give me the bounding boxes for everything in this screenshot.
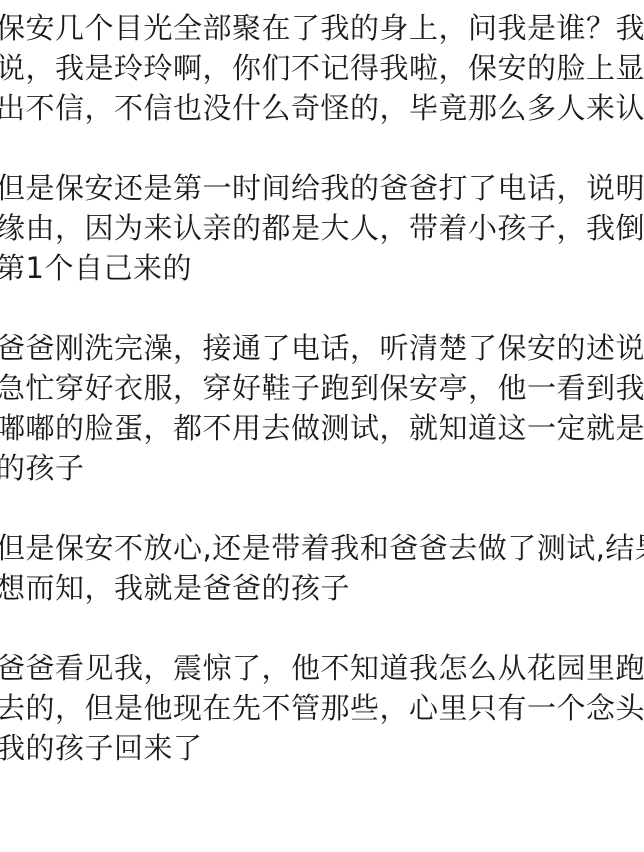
story-page: 保安几个目光全部聚在了我的身上，问我是谁？我 说，我是玲玲啊，你们不记得我啦，保… xyxy=(0,0,644,852)
paragraph: 保安几个目光全部聚在了我的身上，问我是谁？我 说，我是玲玲啊，你们不记得我啦，保… xyxy=(0,8,644,128)
text-line: 急忙穿好衣服，穿好鞋子跑到保安亭，他一看到我肉 xyxy=(0,368,644,408)
paragraph: 但是保安还是第一时间给我的爸爸打了电话，说明了 缘由，因为来认亲的都是大人，带着… xyxy=(0,168,644,288)
text-line: 想而知，我就是爸爸的孩子 xyxy=(0,568,644,608)
text-line: 爸爸看见我，震惊了，他不知道我怎么从花园里跑出 xyxy=(0,648,644,688)
paragraph: 爸爸看见我，震惊了，他不知道我怎么从花园里跑出 去的，但是他现在先不管那些，心里… xyxy=(0,648,644,768)
text-line: 的孩子 xyxy=(0,448,644,488)
paragraph: 但是保安不放心,还是带着我和爸爸去做了测试,结果可 想而知，我就是爸爸的孩子 xyxy=(0,528,644,608)
paragraph: 爸爸刚洗完澡，接通了电话，听清楚了保安的述说， 急忙穿好衣服，穿好鞋子跑到保安亭… xyxy=(0,328,644,488)
text-line: 出不信，不信也没什么奇怪的，毕竟那么多人来认亲 xyxy=(0,88,644,128)
text-line: 去的，但是他现在先不管那些，心里只有一个念头， xyxy=(0,688,644,728)
story-text: 保安几个目光全部聚在了我的身上，问我是谁？我 说，我是玲玲啊，你们不记得我啦，保… xyxy=(0,0,644,768)
text-line: 但是保安不放心,还是带着我和爸爸去做了测试,结果可 xyxy=(0,528,644,568)
text-line: 我的孩子回来了 xyxy=(0,728,644,768)
text-line: 保安几个目光全部聚在了我的身上，问我是谁？我 xyxy=(0,8,644,48)
text-line: 第1个自己来的 xyxy=(0,248,644,288)
text-line: 说，我是玲玲啊，你们不记得我啦，保安的脸上显露 xyxy=(0,48,644,88)
text-line: 缘由，因为来认亲的都是大人，带着小孩子，我倒是 xyxy=(0,208,644,248)
text-line: 嘟嘟的脸蛋，都不用去做测试，就知道这一定就是我 xyxy=(0,408,644,448)
text-line: 但是保安还是第一时间给我的爸爸打了电话，说明了 xyxy=(0,168,644,208)
text-line: 爸爸刚洗完澡，接通了电话，听清楚了保安的述说， xyxy=(0,328,644,368)
